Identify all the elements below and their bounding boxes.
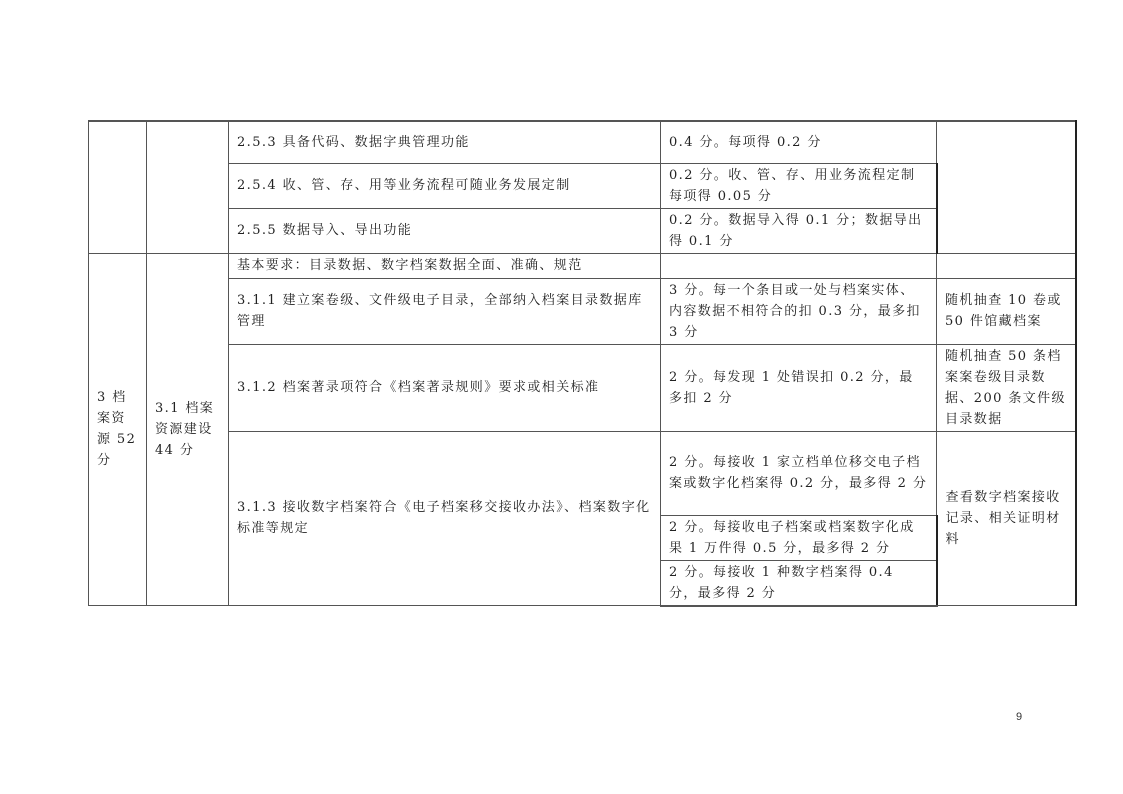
- score-cell: 2 分。每接收 1 种数字档案得 0.4 分，最多得 2 分: [661, 560, 937, 606]
- score-cell: 2 分。每接收电子档案或档案数字化成果 1 万件得 0.5 分，最多得 2 分: [661, 515, 937, 560]
- item-cell: 2.5.3 具备代码、数据字典管理功能: [229, 121, 661, 163]
- dimension-cell-empty: [89, 121, 147, 253]
- table-row: 3 档案资源 52 分 3.1 档案资源建设 44 分 基本要求：目录数据、数字…: [89, 253, 1076, 278]
- score-cell: 0.4 分。每项得 0.2 分: [661, 121, 937, 163]
- table-row: 3.1.1 建立案卷级、文件级电子目录，全部纳入档案目录数据库管理 3 分。每一…: [89, 278, 1076, 344]
- subdimension-cell-empty: [147, 121, 229, 253]
- document-page: 2.5.3 具备代码、数据字典管理功能 0.4 分。每项得 0.2 分 2.5.…: [0, 0, 1123, 794]
- basic-requirement-cell: 基本要求：目录数据、数字档案数据全面、准确、规范: [229, 253, 661, 278]
- table-row: 2.5.5 数据导入、导出功能 0.2 分。数据导入得 0.1 分；数据导出得 …: [89, 208, 1076, 253]
- page-number: 9: [1016, 711, 1022, 723]
- score-cell: 2 分。每接收 1 家立档单位移交电子档案或数字化档案得 0.2 分，最多得 2…: [661, 431, 937, 515]
- item-cell: 3.1.2 档案著录项符合《档案著录规则》要求或相关标准: [229, 344, 661, 431]
- table-row: 3.1.2 档案著录项符合《档案著录规则》要求或相关标准 2 分。每发现 1 处…: [89, 344, 1076, 431]
- table-row: 2.5.3 具备代码、数据字典管理功能 0.4 分。每项得 0.2 分: [89, 121, 1076, 163]
- method-cell: 随机抽查 10 卷或 50 件馆藏档案: [937, 278, 1076, 344]
- item-cell: 2.5.4 收、管、存、用等业务流程可随业务发展定制: [229, 163, 661, 208]
- table-row: 2.5.4 收、管、存、用等业务流程可随业务发展定制 0.2 分。收、管、存、用…: [89, 163, 1076, 208]
- method-cell: 随机抽查 50 条档案案卷级目录数据、200 条文件级目录数据: [937, 344, 1076, 431]
- method-cell-empty: [937, 253, 1076, 278]
- item-cell: 3.1.3 接收数字档案符合《电子档案移交接收办法》、档案数字化标准等规定: [229, 431, 661, 606]
- score-cell: 3 分。每一个条目或一处与档案实体、内容数据不相符合的扣 0.3 分，最多扣 3…: [661, 278, 937, 344]
- table-row: 3.1.3 接收数字档案符合《电子档案移交接收办法》、档案数字化标准等规定 2 …: [89, 431, 1076, 515]
- score-cell-empty: [661, 253, 937, 278]
- dimension-cell: 3 档案资源 52 分: [89, 253, 147, 606]
- item-cell: 2.5.5 数据导入、导出功能: [229, 208, 661, 253]
- evaluation-table: 2.5.3 具备代码、数据字典管理功能 0.4 分。每项得 0.2 分 2.5.…: [88, 120, 1077, 607]
- method-cell: 查看数字档案接收记录、相关证明材料: [937, 431, 1076, 606]
- item-cell: 3.1.1 建立案卷级、文件级电子目录，全部纳入档案目录数据库管理: [229, 278, 661, 344]
- method-cell-empty: [937, 121, 1076, 253]
- score-cell: 0.2 分。收、管、存、用业务流程定制每项得 0.05 分: [661, 163, 937, 208]
- score-cell: 0.2 分。数据导入得 0.1 分；数据导出得 0.1 分: [661, 208, 937, 253]
- subdimension-cell: 3.1 档案资源建设 44 分: [147, 253, 229, 606]
- score-cell: 2 分。每发现 1 处错误扣 0.2 分，最多扣 2 分: [661, 344, 937, 431]
